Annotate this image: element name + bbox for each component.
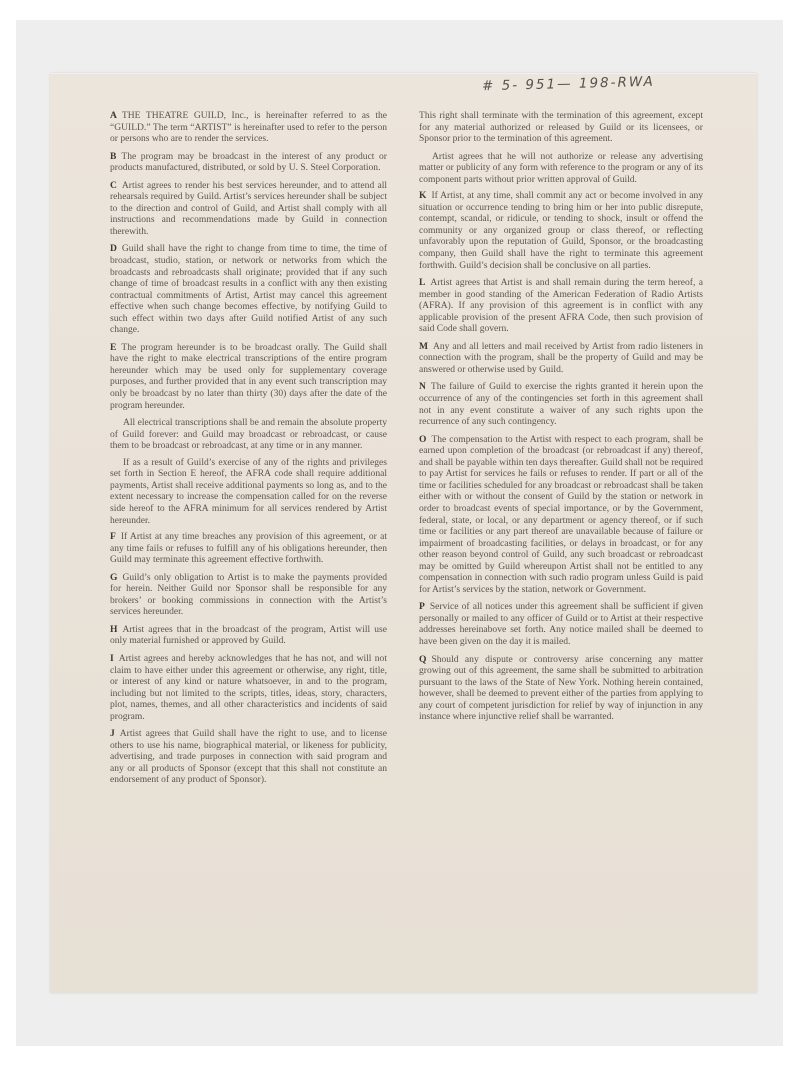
clause-i: IArtist agrees and hereby acknowledges t…	[110, 653, 387, 722]
clause-text: The failure of Guild to exercise the rig…	[419, 381, 703, 427]
clause-text: The program hereunder is to be broadcast…	[110, 342, 387, 411]
clause-letter: M	[419, 341, 428, 352]
clause-letter: F	[110, 531, 116, 542]
clause-letter: L	[419, 277, 425, 288]
clause-f: FIf Artist at any time breaches any prov…	[110, 531, 387, 566]
clause-text: Artist agrees that in the broadcast of t…	[110, 624, 387, 647]
clause-e-subparagraph: All electrical transcriptions shall be a…	[110, 417, 387, 452]
clause-letter: A	[110, 110, 117, 121]
clause-b: BThe program may be broadcast in the int…	[110, 151, 387, 174]
clause-text: Artist agrees and hereby acknowledges th…	[110, 653, 387, 722]
clause-letter: B	[110, 151, 116, 162]
clause-text: Any and all letters and mail received by…	[419, 341, 703, 375]
clause-letter: E	[110, 342, 116, 353]
left-column: ATHE THEATRE GUILD, Inc., is hereinafter…	[110, 110, 387, 792]
clause-j-continuation: Artist agrees that he will not authorize…	[419, 151, 703, 186]
clause-text: If Artist at any time breaches any provi…	[110, 531, 387, 565]
clause-p: PService of all notices under this agree…	[419, 601, 703, 647]
clause-o: OThe compensation to the Artist with res…	[419, 434, 703, 596]
clause-letter: C	[110, 180, 117, 191]
clause-letter: J	[110, 728, 115, 739]
clause-a: ATHE THEATRE GUILD, Inc., is hereinafter…	[110, 110, 387, 145]
clause-h: HArtist agrees that in the broadcast of …	[110, 624, 387, 647]
clause-letter: P	[419, 601, 425, 612]
clause-l: LArtist agrees that Artist is and shall …	[419, 277, 703, 335]
clause-q: QShould any dispute or controversy arise…	[419, 654, 703, 723]
clause-letter: K	[419, 190, 426, 201]
clause-e: EThe program hereunder is to be broadcas…	[110, 342, 387, 411]
clause-d: DGuild shall have the right to change fr…	[110, 243, 387, 335]
clause-text: The compensation to the Artist with resp…	[419, 434, 703, 595]
clause-letter: I	[110, 653, 114, 664]
clause-text: Service of all notices under this agreem…	[419, 601, 703, 647]
clause-c: CArtist agrees to render his best servic…	[110, 180, 387, 238]
clause-letter: G	[110, 572, 117, 583]
clause-g: GGuild’s only obligation to Artist is to…	[110, 572, 387, 618]
clause-text: Artist agrees that Artist is and shall r…	[419, 277, 703, 334]
right-column: This right shall terminate with the term…	[419, 110, 703, 729]
clause-letter: N	[419, 381, 426, 392]
clause-text: Should any dispute or controversy arise …	[419, 654, 703, 723]
clause-text: Guild shall have the right to change fro…	[110, 243, 387, 335]
clause-m: MAny and all letters and mail received b…	[419, 341, 703, 376]
clause-letter: O	[419, 434, 426, 445]
clause-n: NThe failure of Guild to exercise the ri…	[419, 381, 703, 427]
clause-text: Artist agrees that Guild shall have the …	[110, 728, 387, 785]
clause-text: THE THEATRE GUILD, Inc., is hereinafter …	[110, 110, 387, 144]
clause-e-subparagraph: If as a result of Guild’s exercise of an…	[110, 457, 387, 526]
clause-letter: D	[110, 243, 117, 254]
clause-letter: H	[110, 624, 117, 635]
clause-text: The program may be broadcast in the inte…	[110, 151, 387, 174]
clause-j-continuation: This right shall terminate with the term…	[419, 110, 703, 145]
clause-j: JArtist agrees that Guild shall have the…	[110, 728, 387, 786]
clause-k: KIf Artist, at any time, shall commit an…	[419, 190, 703, 271]
clause-letter: Q	[419, 654, 426, 665]
clause-text: Guild’s only obligation to Artist is to …	[110, 572, 387, 618]
clause-text: If Artist, at any time, shall commit any…	[419, 190, 703, 270]
clause-text: Artist agrees to render his best service…	[110, 180, 387, 237]
